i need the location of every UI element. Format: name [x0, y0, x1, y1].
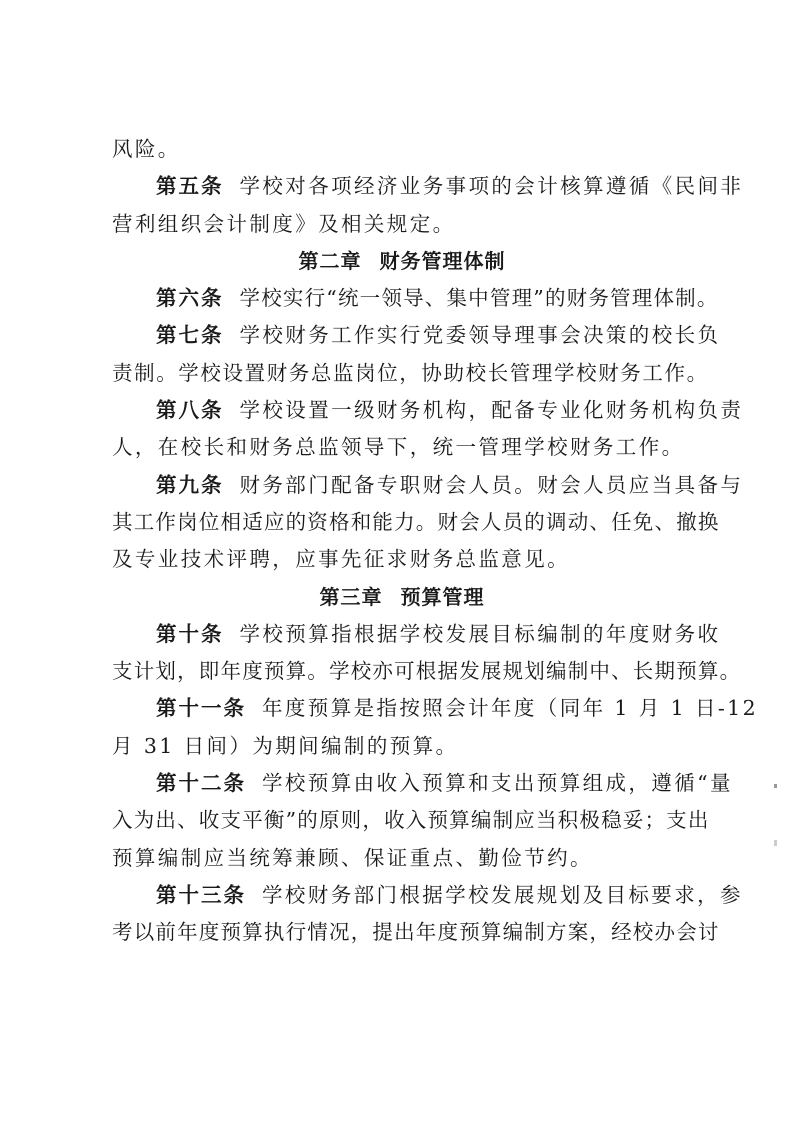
chapter-heading-2: 第二章财务管理体制 [112, 243, 692, 280]
continuation-text: 风险。 [112, 137, 181, 161]
article-text: 学校预算指根据学校发展目标编制的年度财务收 [240, 622, 721, 646]
article-text: 学校对各项经济业务事项的会计核算遵循《民间非 [240, 174, 744, 198]
article-label: 第六条 [156, 286, 224, 310]
article-8-line-2: 人，在校长和财务总监领导下，统一管理学校财务工作。 [112, 429, 692, 466]
article-text: 责制。学校设置财务总监岗位，协助校长管理学校财务工作。 [112, 361, 709, 385]
article-9: 第九条财务部门配备专职财会人员。财会人员应当具备与 [112, 467, 692, 504]
article-text: 预算编制应当统筹兼顾、保证重点、勤俭节约。 [112, 846, 593, 870]
article-7: 第七条学校财务工作实行党委领导理事会决策的校长负 [112, 317, 692, 354]
article-5: 第五条学校对各项经济业务事项的会计核算遵循《民间非 [112, 168, 692, 205]
article-10: 第十条学校预算指根据学校发展目标编制的年度财务收 [112, 616, 692, 653]
article-text: 入为出、收支平衡”的原则，收入预算编制应当积极稳妥；支出 [112, 808, 710, 832]
article-label: 第十三条 [156, 883, 246, 907]
article-text: 营利组织会计制度》及相关规定。 [112, 212, 456, 236]
scan-artifact [774, 784, 777, 788]
article-label: 第十二条 [156, 771, 246, 795]
article-8: 第八条学校设置一级财务机构，配备专业化财务机构负责 [112, 392, 692, 429]
article-7-line-2: 责制。学校设置财务总监岗位，协助校长管理学校财务工作。 [112, 355, 692, 392]
article-text: 其工作岗位相适应的资格和能力。财会人员的调动、任免、撤换 [112, 510, 720, 534]
article-text: 财务部门配备专职财会人员。财会人员应当具备与 [240, 473, 744, 497]
article-text: 及专业技术评聘，应事先征求财务总监意见。 [112, 547, 570, 571]
chapter-title: 预算管理 [401, 585, 485, 609]
article-text: 支计划，即年度预算。学校亦可根据发展规划编制中、长期预算。 [112, 659, 741, 683]
article-13: 第十三条学校财务部门根据学校发展规划及目标要求，参 [112, 877, 692, 914]
article-11-line-2: 月 31 日间）为期间编制的预算。 [112, 728, 692, 765]
article-text: 月 31 日间）为期间编制的预算。 [112, 734, 458, 758]
article-text: 人，在校长和财务总监领导下，统一管理学校财务工作。 [112, 435, 685, 459]
article-text: 学校预算由收入预算和支出预算组成，遵循“量 [262, 771, 733, 795]
article-label: 第十条 [156, 622, 224, 646]
article-label: 第九条 [156, 473, 224, 497]
article-10-line-2: 支计划，即年度预算。学校亦可根据发展规划编制中、长期预算。 [112, 653, 692, 690]
article-label: 第五条 [156, 174, 224, 198]
chapter-number: 第二章 [299, 249, 362, 273]
article-12-line-2: 入为出、收支平衡”的原则，收入预算编制应当积极稳妥；支出 [112, 802, 692, 839]
article-text: 学校实行“统一领导、集中管理”的财务管理体制。 [240, 286, 719, 310]
paragraph-continuation: 风险。 [112, 131, 692, 168]
article-text: 学校财务部门根据学校发展规划及目标要求，参 [262, 883, 743, 907]
article-label: 第七条 [156, 323, 224, 347]
article-12-line-3: 预算编制应当统筹兼顾、保证重点、勤俭节约。 [112, 840, 692, 877]
document-page: 风险。 第五条学校对各项经济业务事项的会计核算遵循《民间非 营利组织会计制度》及… [112, 131, 692, 952]
article-label: 第八条 [156, 398, 224, 422]
article-text: 学校财务工作实行党委领导理事会决策的校长负 [240, 323, 721, 347]
article-label: 第十一条 [156, 696, 246, 720]
article-12: 第十二条学校预算由收入预算和支出预算组成，遵循“量 [112, 765, 692, 802]
chapter-title: 财务管理体制 [380, 249, 506, 273]
scan-artifact [774, 840, 777, 846]
article-text: 学校设置一级财务机构，配备专业化财务机构负责 [240, 398, 744, 422]
article-text: 年度预算是指按照会计年度（同年 1 月 1 日-12 [262, 696, 758, 720]
article-9-line-2: 其工作岗位相适应的资格和能力。财会人员的调动、任免、撤换 [112, 504, 692, 541]
article-6: 第六条学校实行“统一领导、集中管理”的财务管理体制。 [112, 280, 692, 317]
article-13-line-2: 考以前年度预算执行情况，提出年度预算编制方案，经校办会讨 [112, 914, 692, 951]
article-11: 第十一条年度预算是指按照会计年度（同年 1 月 1 日-12 [112, 690, 692, 727]
article-9-line-3: 及专业技术评聘，应事先征求财务总监意见。 [112, 541, 692, 578]
article-text: 考以前年度预算执行情况，提出年度预算编制方案，经校办会讨 [112, 920, 720, 944]
article-5-line-2: 营利组织会计制度》及相关规定。 [112, 206, 692, 243]
chapter-heading-3: 第三章预算管理 [112, 579, 692, 616]
chapter-number: 第三章 [320, 585, 383, 609]
